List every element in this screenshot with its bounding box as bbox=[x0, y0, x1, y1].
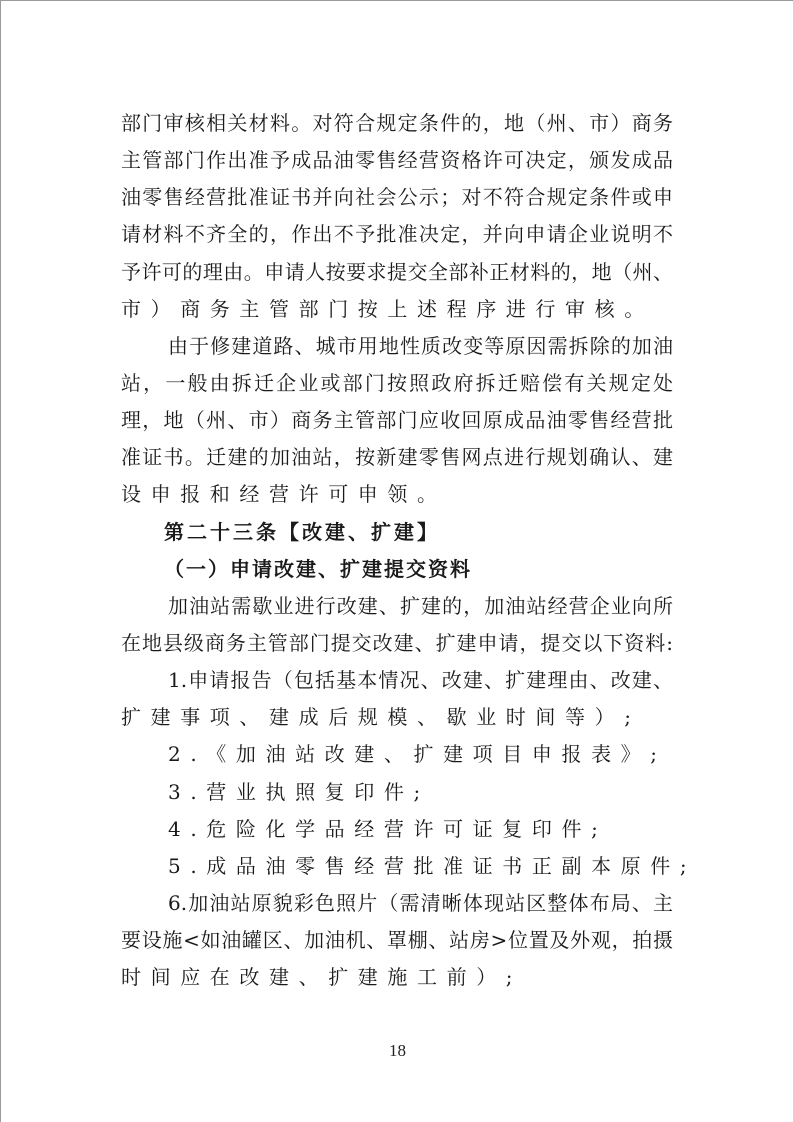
text-line: 市）商务主管部门按上述程序进行审核。 bbox=[121, 291, 673, 328]
text-line: 要设施<如油罐区、加油机、罩棚、站房>位置及外观，拍摄 bbox=[121, 922, 673, 959]
text-line: 予许可的理由。申请人按要求提交全部补正材料的，地（州、 bbox=[121, 254, 673, 291]
list-item-3: 3.营业执照复印件; bbox=[121, 774, 673, 811]
list-item-5: 5.成品油零售经营批准证书正副本原件; bbox=[121, 848, 673, 885]
text-line: 时间应在改建、扩建施工前）; bbox=[121, 959, 673, 996]
text-line: 理，地（州、市）商务主管部门应收回原成品油零售经营批 bbox=[121, 402, 673, 439]
page-number: 18 bbox=[1, 1041, 793, 1061]
list-item-4: 4.危险化学品经营许可证复印件; bbox=[121, 811, 673, 848]
text-line: 准证书。迁建的加油站，按新建零售网点进行规划确认、建 bbox=[121, 439, 673, 476]
list-item-6: 6.加油站原貌彩色照片（需清晰体现站区整体布局、主 bbox=[121, 885, 673, 922]
article-heading: 第二十三条【改建、扩建】 bbox=[121, 514, 673, 551]
text-line: 请材料不齐全的，作出不予批准决定，并向申请企业说明不 bbox=[121, 216, 673, 253]
text-line: 主管部门作出准予成品油零售经营资格许可决定，颁发成品 bbox=[121, 142, 673, 179]
text-line: 部门审核相关材料。对符合规定条件的，地（州、市）商务 bbox=[121, 105, 673, 142]
text-line: 扩建事项、建成后规模、歇业时间等）; bbox=[121, 699, 673, 736]
text-line: 在地县级商务主管部门提交改建、扩建申请，提交以下资料: bbox=[121, 625, 673, 662]
list-item-1: 1.申请报告（包括基本情况、改建、扩建理由、改建、 bbox=[121, 662, 673, 699]
document-page: 部门审核相关材料。对符合规定条件的，地（州、市）商务 主管部门作出准予成品油零售… bbox=[0, 0, 793, 1122]
section-subheading: （一）申请改建、扩建提交资料 bbox=[121, 551, 673, 588]
list-item-2: 2.《加油站改建、扩建项目申报表》; bbox=[121, 736, 673, 773]
text-line: 站，一般由拆迁企业或部门按照政府拆迁赔偿有关规定处 bbox=[121, 365, 673, 402]
text-line: 油零售经营批准证书并向社会公示；对不符合规定条件或申 bbox=[121, 179, 673, 216]
paragraph-first-line: 由于修建道路、城市用地性质改变等原因需拆除的加油 bbox=[121, 328, 673, 365]
document-body: 部门审核相关材料。对符合规定条件的，地（州、市）商务 主管部门作出准予成品油零售… bbox=[121, 105, 673, 996]
paragraph-first-line: 加油站需歇业进行改建、扩建的，加油站经营企业向所 bbox=[121, 588, 673, 625]
text-line: 设申报和经营许可申领。 bbox=[121, 476, 673, 513]
